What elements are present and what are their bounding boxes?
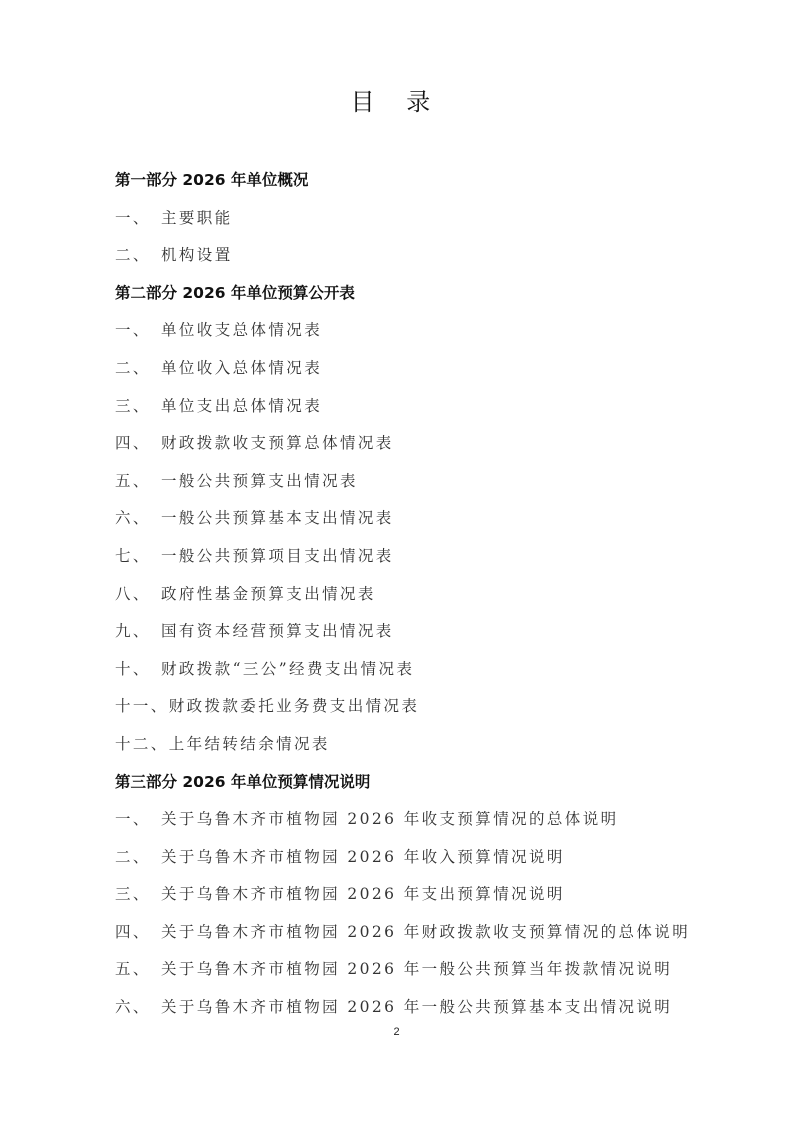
- toc-item[interactable]: 二、关于乌鲁木齐市植物园 2026 年收入预算情况说明: [115, 843, 735, 881]
- section-heading-1[interactable]: 第一部分 2026 年单位概况: [115, 166, 735, 204]
- item-number: 六、: [115, 993, 161, 1021]
- item-text: 主要职能: [161, 209, 233, 227]
- item-text: 关于乌鲁木齐市植物园 2026 年一般公共预算当年拨款情况说明: [161, 960, 672, 978]
- page-number: 2: [0, 1026, 793, 1038]
- item-number: 五、: [115, 955, 161, 983]
- item-number: 三、: [115, 392, 161, 420]
- item-number: 三、: [115, 880, 161, 908]
- toc-item[interactable]: 四、关于乌鲁木齐市植物园 2026 年财政拨款收支预算情况的总体说明: [115, 918, 735, 956]
- item-text: 关于乌鲁木齐市植物园 2026 年收入预算情况说明: [161, 848, 565, 866]
- toc-item[interactable]: 一、单位收支总体情况表: [115, 316, 735, 354]
- item-number: 一、: [115, 805, 161, 833]
- item-text: 单位收入总体情况表: [161, 359, 322, 377]
- item-number: 十一、: [115, 692, 169, 720]
- item-number: 四、: [115, 918, 161, 946]
- item-text: 关于乌鲁木齐市植物园 2026 年支出预算情况说明: [161, 885, 565, 903]
- toc-item[interactable]: 九、国有资本经营预算支出情况表: [115, 617, 735, 655]
- item-number: 十二、: [115, 730, 169, 758]
- item-number: 一、: [115, 316, 161, 344]
- item-text: 机构设置: [161, 246, 233, 264]
- item-text: 单位收支总体情况表: [161, 321, 322, 339]
- table-of-contents: 第一部分 2026 年单位概况 一、主要职能 二、机构设置 第二部分 2026 …: [115, 166, 735, 1031]
- item-number: 一、: [115, 204, 161, 232]
- toc-item[interactable]: 六、一般公共预算基本支出情况表: [115, 504, 735, 542]
- toc-item[interactable]: 五、一般公共预算支出情况表: [115, 467, 735, 505]
- item-number: 六、: [115, 504, 161, 532]
- toc-item[interactable]: 七、一般公共预算项目支出情况表: [115, 542, 735, 580]
- item-text: 单位支出总体情况表: [161, 397, 322, 415]
- toc-item[interactable]: 五、关于乌鲁木齐市植物园 2026 年一般公共预算当年拨款情况说明: [115, 955, 735, 993]
- item-number: 七、: [115, 542, 161, 570]
- item-number: 二、: [115, 843, 161, 871]
- item-text: 关于乌鲁木齐市植物园 2026 年一般公共预算基本支出情况说明: [161, 998, 672, 1016]
- toc-item[interactable]: 四、财政拨款收支预算总体情况表: [115, 429, 735, 467]
- item-text: 政府性基金预算支出情况表: [161, 585, 376, 603]
- toc-item[interactable]: 八、政府性基金预算支出情况表: [115, 580, 735, 618]
- toc-item[interactable]: 一、主要职能: [115, 204, 735, 242]
- item-text: 财政拨款委托业务费支出情况表: [169, 697, 420, 715]
- item-number: 二、: [115, 354, 161, 382]
- item-text: 国有资本经营预算支出情况表: [161, 622, 394, 640]
- item-text: 关于乌鲁木齐市植物园 2026 年收支预算情况的总体说明: [161, 810, 619, 828]
- item-text: 一般公共预算项目支出情况表: [161, 547, 394, 565]
- item-number: 十、: [115, 655, 161, 683]
- toc-item[interactable]: 三、单位支出总体情况表: [115, 392, 735, 430]
- item-text: 一般公共预算支出情况表: [161, 472, 358, 490]
- section-heading-2[interactable]: 第二部分 2026 年单位预算公开表: [115, 279, 735, 317]
- item-number: 八、: [115, 580, 161, 608]
- item-number: 二、: [115, 241, 161, 269]
- item-text: 关于乌鲁木齐市植物园 2026 年财政拨款收支预算情况的总体说明: [161, 923, 690, 941]
- toc-item[interactable]: 十一、财政拨款委托业务费支出情况表: [115, 692, 735, 730]
- toc-item[interactable]: 一、关于乌鲁木齐市植物园 2026 年收支预算情况的总体说明: [115, 805, 735, 843]
- item-text: 上年结转结余情况表: [169, 735, 330, 753]
- section-heading-3[interactable]: 第三部分 2026 年单位预算情况说明: [115, 768, 735, 806]
- item-text: 财政拨款“三公”经费支出情况表: [161, 660, 414, 678]
- toc-item[interactable]: 十、财政拨款“三公”经费支出情况表: [115, 655, 735, 693]
- item-text: 财政拨款收支预算总体情况表: [161, 434, 394, 452]
- page-title: 目 录: [0, 82, 793, 117]
- item-number: 四、: [115, 429, 161, 457]
- toc-item[interactable]: 十二、上年结转结余情况表: [115, 730, 735, 768]
- item-number: 五、: [115, 467, 161, 495]
- toc-item[interactable]: 二、机构设置: [115, 241, 735, 279]
- item-text: 一般公共预算基本支出情况表: [161, 509, 394, 527]
- toc-item[interactable]: 二、单位收入总体情况表: [115, 354, 735, 392]
- toc-item[interactable]: 三、关于乌鲁木齐市植物园 2026 年支出预算情况说明: [115, 880, 735, 918]
- item-number: 九、: [115, 617, 161, 645]
